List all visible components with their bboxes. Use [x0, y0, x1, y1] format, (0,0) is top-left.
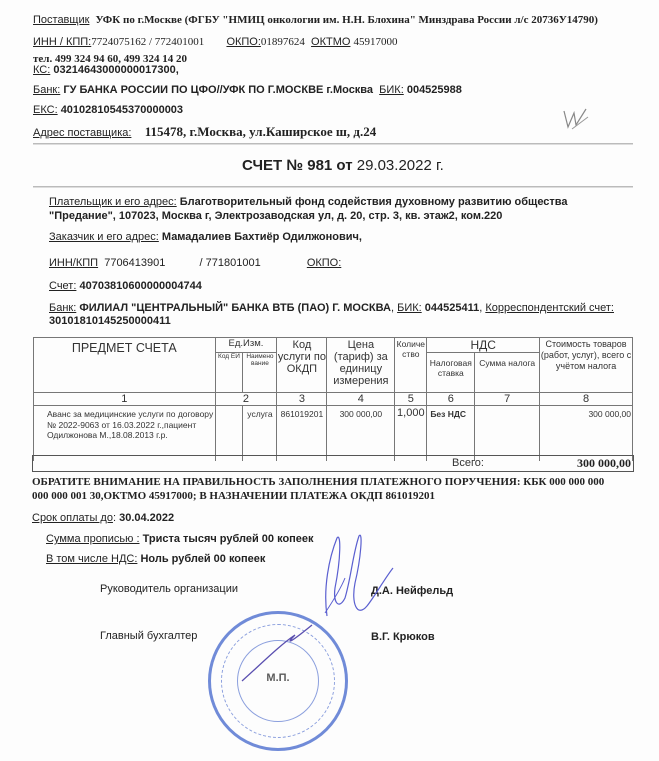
supplier-line: Поставщик УФК по г.Москве (ФГБУ "НМИЦ он…	[33, 14, 598, 26]
payer-okpo-label: ОКПО:	[307, 257, 341, 269]
supplier-bank: Банк: ГУ БАНКА РОССИИ ПО ЦФО//УФК ПО Г.М…	[33, 84, 462, 96]
bank-value: ГУ БАНКА РОССИИ ПО ЦФО//УФК ПО Г.МОСКВЕ …	[63, 84, 373, 96]
header-vat-sum: Сумма налога	[475, 353, 540, 393]
account-value: 40703810600000004744	[79, 280, 201, 292]
due-label: Срок оплаты до	[32, 512, 113, 524]
colnum-3: 3	[277, 393, 327, 406]
customer-line: Заказчик и его адрес: Мамадалиев Бахтиёр…	[49, 231, 362, 243]
total-value: 300 000,00	[577, 456, 631, 471]
divider	[33, 186, 633, 188]
header-unit: Ед.Изм.	[215, 338, 277, 353]
row-unit-name: услуга	[243, 406, 277, 461]
row-price: 300 000,00	[327, 406, 395, 461]
payer-ids: ИНН/КПП 7706413901 / 771801001 ОКПО:	[49, 257, 341, 269]
address-value: 115478, г.Москва, ул.Каширское ш, д.24	[145, 124, 376, 139]
colnum-8: 8	[540, 393, 633, 406]
colnum-1: 1	[34, 393, 216, 406]
accountant-label: Главный бухгалтер	[100, 630, 197, 642]
header-total: Стоимость товаров (работ, услуг), всего …	[540, 338, 633, 393]
vat-words-line: В том числе НДС: Ноль рублей 00 копеек	[46, 553, 265, 565]
payer-bik-value: 044525411	[425, 302, 479, 314]
signature-icon	[315, 528, 395, 623]
sum-words-value: Триста тысяч рублей 00 копеек	[143, 533, 314, 545]
head-label: Руководитель организации	[100, 583, 238, 595]
address-label: Адрес поставщика:	[33, 127, 131, 139]
total-row: Всего: 300 000,00	[32, 455, 634, 472]
payer-bik-label: БИК:	[397, 302, 422, 314]
payer-inn: 7706413901	[104, 257, 165, 269]
invoice-from-label: от	[336, 157, 352, 174]
colnum-4: 4	[327, 393, 395, 406]
inn-kpp-value: 7724075162 / 772401001	[91, 36, 204, 48]
ks-value: 03214643000000017300,	[53, 64, 178, 76]
invoice-table: ПРЕДМЕТ СЧЕТА Ед.Изм. Код услуги по ОКДП…	[33, 337, 633, 461]
row-qty: 1,000	[395, 406, 427, 461]
payer-line2: "Предание", 107023, Москва г, Электрозав…	[49, 210, 502, 222]
header-price: Цена (тариф) за единицу измерения	[327, 338, 395, 393]
inn-kpp-label: ИНН / КПП:	[33, 36, 91, 48]
supplier-address: Адрес поставщика: 115478, г.Москва, ул.К…	[33, 123, 376, 141]
notice-line2: 000 000 001 30,ОКТМО 45917000; В НАЗНАЧЕ…	[32, 490, 435, 502]
header-qty: Количе ство	[395, 338, 427, 393]
customer-name: Мамадалиев Бахтиёр Одилжонович,	[162, 231, 362, 243]
header-unit-name: Наимено вание	[243, 353, 277, 393]
header-unit-code: Код ЕИ	[215, 353, 243, 393]
eks-value: 40102810545370000003	[61, 104, 183, 116]
payer-label: Плательщик и его адрес:	[49, 196, 177, 208]
table-row: Аванс за медицинские услуги по договору …	[34, 406, 633, 461]
supplier-ks: КС: 03214643000000017300,	[33, 64, 179, 76]
invoice-title-line: СЧЕТ № 981 от 29.03.2022 г.	[242, 157, 444, 174]
due-value: 30.04.2022	[119, 512, 174, 524]
payer-bank: Банк: ФИЛИАЛ "ЦЕНТРАЛЬНЫЙ" БАНКА ВТБ (ПА…	[49, 302, 614, 314]
colnum-6: 6	[427, 393, 475, 406]
payer-bank-value: ФИЛИАЛ "ЦЕНТРАЛЬНЫЙ" БАНКА ВТБ (ПАО) Г. …	[79, 302, 391, 314]
customer-label: Заказчик и его адрес:	[49, 231, 159, 243]
accountant-name: В.Г. Крюков	[371, 631, 435, 643]
bik-label: БИК:	[379, 84, 404, 96]
payer-kpp: / 771801001	[200, 257, 261, 269]
bik-value: 004525988	[407, 84, 462, 96]
total-label: Всего:	[452, 457, 484, 469]
divider	[33, 143, 633, 145]
colnum-7: 7	[475, 393, 540, 406]
bank-label: Банк:	[33, 84, 60, 96]
payer-account: Счет: 40703810600000004744	[49, 280, 202, 292]
payer-name: Благотворительный фонд содействия духовн…	[180, 196, 568, 208]
row-total: 300 000,00	[540, 406, 633, 461]
vat-words-label: В том числе НДС:	[46, 553, 137, 565]
oktmo-value: 45917000	[354, 36, 398, 48]
invoice-date: 29.03.2022 г.	[357, 157, 444, 174]
account-label: Счет:	[49, 280, 76, 292]
supplier-eks: ЕКС: 40102810545370000003	[33, 104, 183, 116]
sum-words-line: Сумма прописью : Триста тысяч рублей 00 …	[46, 533, 314, 545]
payer-bank-label: Банк:	[49, 302, 76, 314]
header-vat-rate: Налоговая ставка	[427, 353, 475, 393]
colnum-5: 5	[395, 393, 427, 406]
invoice-number: СЧЕТ № 981	[242, 157, 332, 174]
header-vat: НДС	[427, 338, 540, 353]
payer-inn-kpp-label: ИНН/КПП	[49, 257, 98, 269]
payer-line1: Плательщик и его адрес: Благотворительны…	[49, 196, 568, 208]
stamp-signature-stroke-icon	[240, 615, 320, 685]
okpo-value: 01897624	[261, 36, 305, 48]
row-subject: Аванс за медицинские услуги по договору …	[34, 406, 216, 461]
initials-signature-icon	[560, 105, 590, 135]
colnum-2: 2	[215, 393, 277, 406]
due-date-line: Срок оплаты до: 30.04.2022	[32, 512, 174, 524]
row-unit-code	[215, 406, 243, 461]
row-okdp: 861019201	[277, 406, 327, 461]
oktmo-label: ОКТМО	[311, 36, 350, 48]
supplier-name: УФК по г.Москве (ФГБУ "НМИЦ онкологии им…	[96, 14, 598, 26]
okpo-label: ОКПО:	[226, 36, 260, 48]
row-vat-sum	[475, 406, 540, 461]
row-vat-rate: Без НДС	[427, 406, 475, 461]
corr-account-value: 30101810145250000411	[49, 315, 171, 327]
supplier-ids: ИНН / КПП:7724075162 / 772401001 ОКПО:01…	[33, 36, 398, 48]
header-okdp: Код услуги по ОКДП	[277, 338, 327, 393]
sum-words-label: Сумма прописью :	[46, 533, 140, 545]
header-subject: ПРЕДМЕТ СЧЕТА	[34, 338, 216, 393]
vat-words-value: Ноль рублей 00 копеек	[140, 553, 265, 565]
notice-line1: ОБРАТИТЕ ВНИМАНИЕ НА ПРАВИЛЬНОСТЬ ЗАПОЛН…	[32, 476, 604, 488]
eks-label: ЕКС:	[33, 104, 58, 116]
ks-label: КС:	[33, 64, 50, 76]
supplier-label: Поставщик	[33, 14, 89, 26]
corr-label: Корреспондентский счет:	[485, 302, 614, 314]
